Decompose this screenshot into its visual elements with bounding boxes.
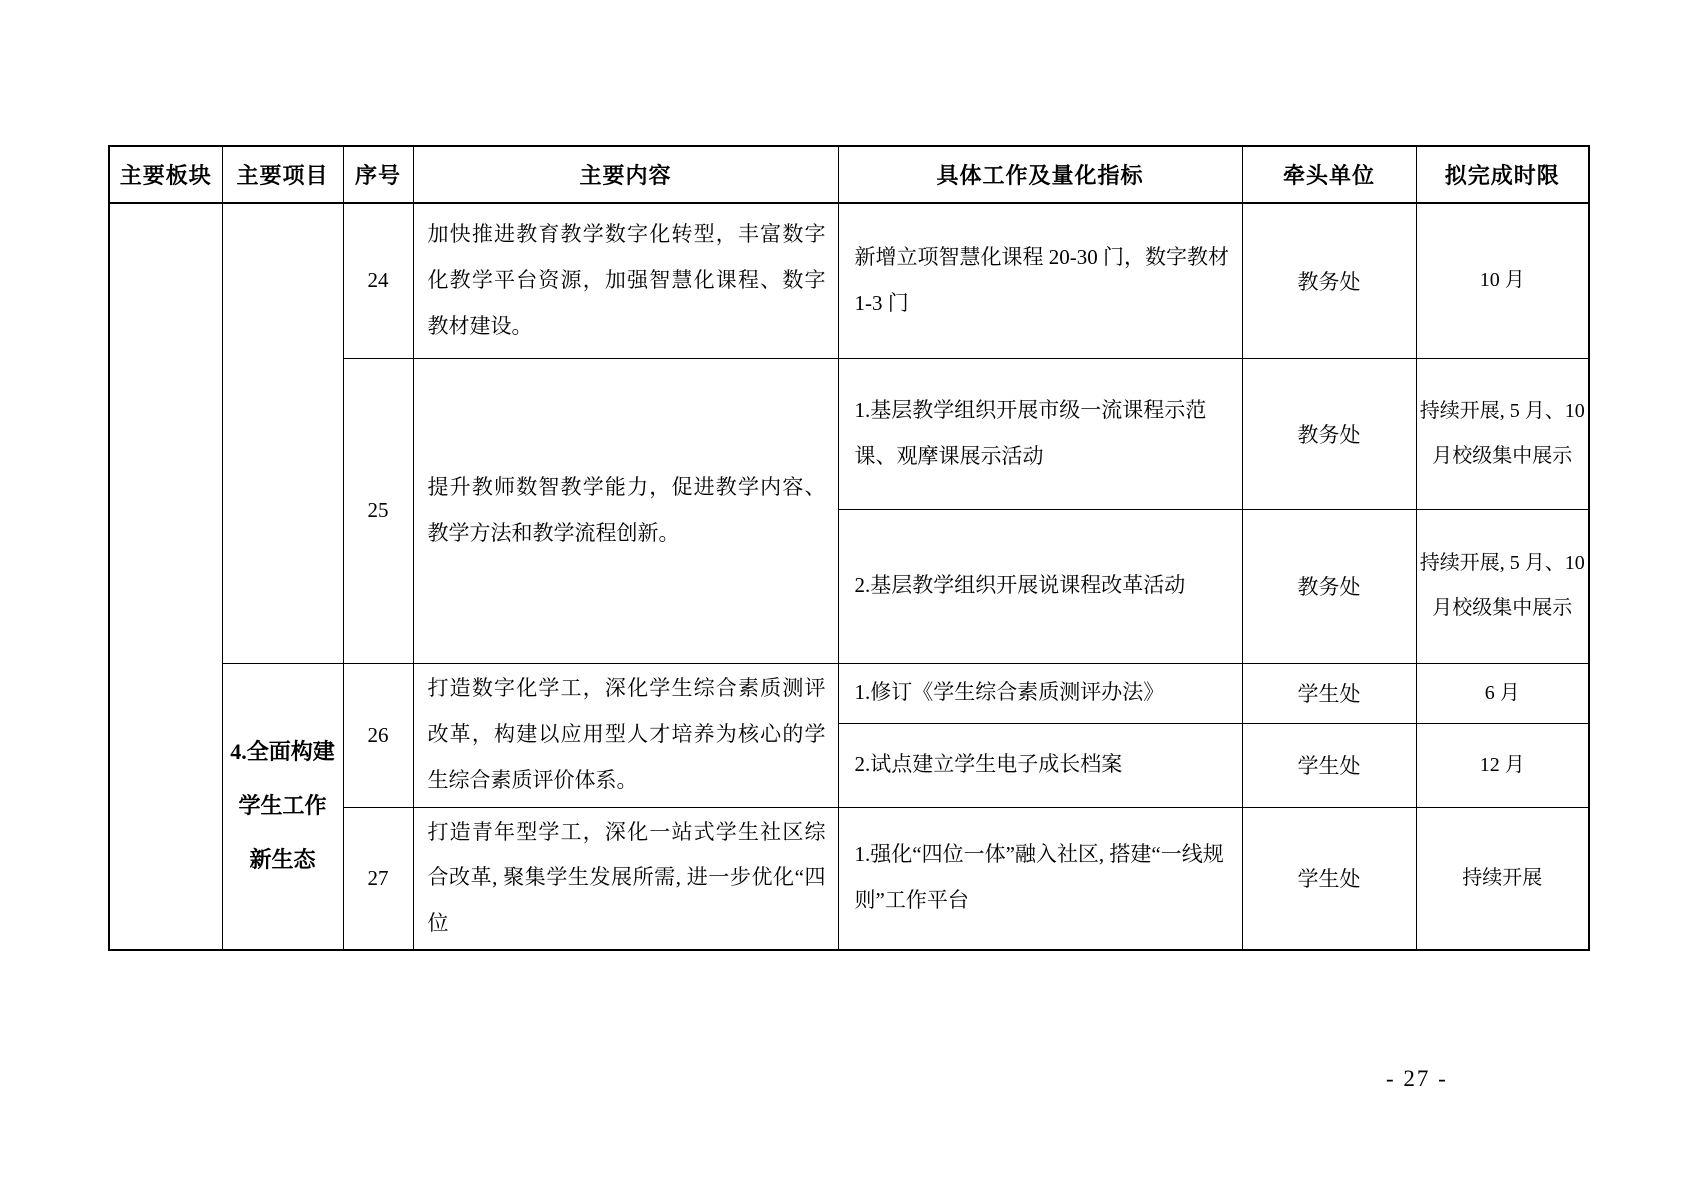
cell-work-26-1: 1.修订《学生综合素质测评办法》	[838, 663, 1242, 723]
cell-seq-26: 26	[343, 663, 413, 807]
col-header-main-content: 主要内容	[413, 146, 838, 203]
page-number: - 27 -	[1386, 1066, 1448, 1092]
cell-work-25-1: 1.基层教学组织开展市级一流课程示范课、观摩课展示活动	[838, 358, 1242, 509]
cell-unit-26-2: 学生处	[1242, 723, 1416, 807]
col-header-lead-unit: 牵头单位	[1242, 146, 1416, 203]
cell-deadline-25-1: 持续开展, 5 月、10 月校级集中展示	[1416, 358, 1589, 509]
cell-work-26-2: 2.试点建立学生电子成长档案	[838, 723, 1242, 807]
cell-seq-24: 24	[343, 203, 413, 358]
cell-content-25: 提升教师数智教学能力，促进教学内容、教学方法和教学流程创新。	[413, 358, 838, 663]
cell-deadline-26-2: 12 月	[1416, 723, 1589, 807]
cell-project-group-4: 4.全面构建学生工作新生态	[222, 663, 343, 950]
col-header-work-indicators: 具体工作及量化指标	[838, 146, 1242, 203]
cell-unit-25-1: 教务处	[1242, 358, 1416, 509]
cell-seq-27: 27	[343, 807, 413, 950]
cell-content-26: 打造数字化学工，深化学生综合素质测评改革，构建以应用型人才培养为核心的学生综合素…	[413, 663, 838, 807]
cell-project-empty	[222, 203, 343, 663]
cell-work-27-1: 1.强化“四位一体”融入社区, 搭建“一线规则”工作平台	[838, 807, 1242, 950]
col-header-main-project: 主要项目	[222, 146, 343, 203]
cell-work-24-1: 新增立项智慧化课程 20-30 门，数字教材 1-3 门	[838, 203, 1242, 358]
col-header-deadline: 拟完成时限	[1416, 146, 1589, 203]
cell-unit-25-2: 教务处	[1242, 509, 1416, 663]
table-row: 24 加快推进教育教学数字化转型，丰富数字化教学平台资源，加强智慧化课程、数字教…	[109, 203, 1589, 358]
col-header-main-section: 主要板块	[109, 146, 222, 203]
cell-deadline-24-1: 10 月	[1416, 203, 1589, 358]
cell-work-25-2: 2.基层教学组织开展说课程改革活动	[838, 509, 1242, 663]
cell-deadline-27-1: 持续开展	[1416, 807, 1589, 950]
table-row: 4.全面构建学生工作新生态 26 打造数字化学工，深化学生综合素质测评改革，构建…	[109, 663, 1589, 723]
cell-seq-25: 25	[343, 358, 413, 663]
cell-unit-27-1: 学生处	[1242, 807, 1416, 950]
cell-content-24: 加快推进教育教学数字化转型，丰富数字化教学平台资源，加强智慧化课程、数字教材建设…	[413, 203, 838, 358]
cell-main-section-empty	[109, 203, 222, 950]
cell-deadline-25-2: 持续开展, 5 月、10 月校级集中展示	[1416, 509, 1589, 663]
cell-unit-26-1: 学生处	[1242, 663, 1416, 723]
cell-content-27: 打造青年型学工，深化一站式学生社区综合改革, 聚集学生发展所需, 进一步优化“四…	[413, 807, 838, 950]
header-row: 主要板块 主要项目 序号 主要内容 具体工作及量化指标 牵头单位 拟完成时限	[109, 146, 1589, 203]
col-header-seq: 序号	[343, 146, 413, 203]
cell-unit-24-1: 教务处	[1242, 203, 1416, 358]
document-page: 主要板块 主要项目 序号 主要内容 具体工作及量化指标 牵头单位 拟完成时限 2…	[0, 0, 1684, 1191]
work-plan-table: 主要板块 主要项目 序号 主要内容 具体工作及量化指标 牵头单位 拟完成时限 2…	[108, 145, 1590, 951]
cell-deadline-26-1: 6 月	[1416, 663, 1589, 723]
